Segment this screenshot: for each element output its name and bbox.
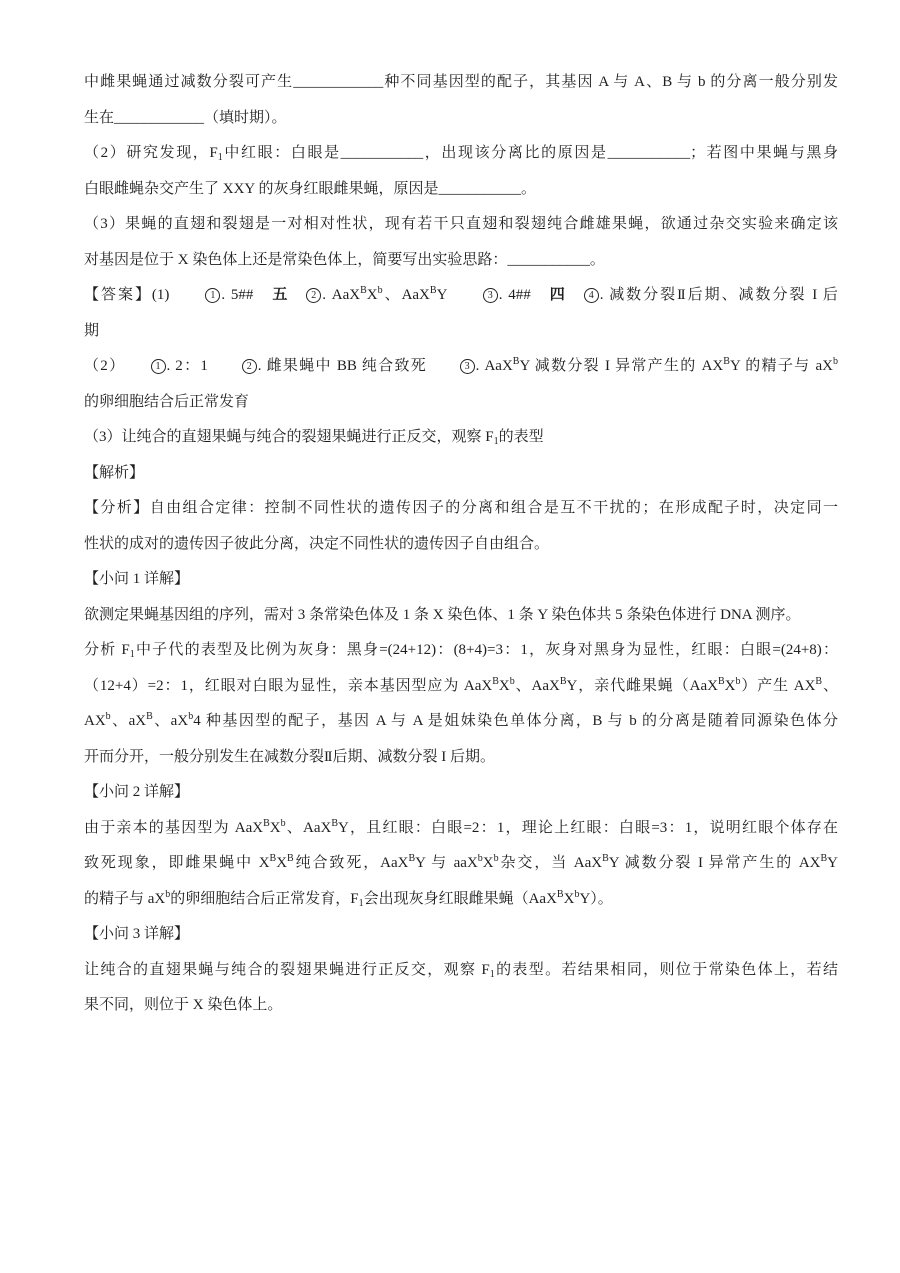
subscript-text: 1	[130, 649, 135, 660]
circled-number: 4	[584, 288, 599, 303]
bold-text: 五	[272, 287, 289, 303]
superscript-text: b	[165, 889, 170, 900]
superscript-text: B	[430, 285, 437, 296]
text-line: 让纯合的直翅果蝇与纯合的裂翅果蝇进行正反交，观察 F1的表型。若结果相同，则位于…	[84, 953, 838, 989]
text-line: 期	[84, 314, 838, 350]
circled-number: 2	[306, 288, 321, 303]
text-line: 由于亲本的基因型为 AaXBXb、AaXBY，且红眼：白眼=2：1，理论上红眼：…	[84, 811, 838, 847]
subscript-text: 1	[490, 969, 495, 980]
text-line: 中雌果蝇通过减数分裂可产生____________种不同基因型的配子，其基因 A…	[84, 65, 838, 101]
text-line: 生在____________（填时期）。	[84, 101, 838, 137]
superscript-text: B	[820, 853, 827, 864]
superscript-text: B	[492, 676, 499, 687]
superscript-text: B	[146, 711, 153, 722]
superscript-text: B	[331, 818, 338, 829]
superscript-text: B	[360, 285, 367, 296]
text-line: 开而分开，一般分别发生在减数分裂II后期、减数分裂 I 后期。	[84, 740, 838, 776]
subscript-text: 1	[494, 436, 499, 447]
text-line: （2） 1. 2：1 2. 雌果蝇中 BB 纯合致死 3. AaXBY 减数分裂…	[84, 349, 838, 385]
superscript-text: b	[735, 676, 740, 687]
subscript-text: 1	[218, 152, 223, 163]
text-line: 白眼雌蝇杂交产生了 XXY 的灰身红眼雌果蝇，原因是___________。	[84, 172, 838, 208]
superscript-text: B	[602, 853, 609, 864]
text-line: （3）让纯合的直翅果蝇与纯合的裂翅果蝇进行正反交，观察 F1的表型	[84, 420, 838, 456]
roman-numeral-two: II	[324, 749, 331, 765]
text-line: 【小问 1 详解】	[84, 562, 838, 598]
superscript-text: b	[378, 285, 383, 296]
superscript-text: B	[557, 889, 564, 900]
text-line: （12+4）=2：1，红眼对白眼为显性，亲本基因型应为 AaXBXb、AaXBY…	[84, 669, 838, 705]
superscript-text: b	[574, 889, 579, 900]
superscript-text: b	[478, 853, 483, 864]
superscript-text: B	[513, 356, 520, 367]
text-line: 果不同，则位于 X 染色体上。	[84, 988, 838, 1024]
text-line: 欲测定果蝇基因组的序列，需对 3 条常染色体及 1 条 X 染色体、1 条 Y …	[84, 598, 838, 634]
text-line: 性状的成对的遗传因子彼此分离，决定不同性状的遗传因子自由组合。	[84, 527, 838, 563]
document-text: 中雌果蝇通过减数分裂可产生____________种不同基因型的配子，其基因 A…	[84, 65, 838, 1024]
circled-number: 2	[242, 359, 257, 374]
superscript-text: B	[560, 676, 567, 687]
text-line: 分析 F1中子代的表型及比例为灰身：黑身=(24+12)：(8+4)=3：1，灰…	[84, 633, 838, 669]
text-line: （2）研究发现，F1中红眼：白眼是___________，出现该分离比的原因是_…	[84, 136, 838, 172]
superscript-text: B	[815, 676, 822, 687]
circled-number: 3	[460, 359, 475, 374]
superscript-text: B	[263, 818, 270, 829]
superscript-text: b	[494, 853, 499, 864]
circled-number: 1	[205, 288, 220, 303]
superscript-text: B	[718, 676, 725, 687]
roman-numeral-two: II	[677, 287, 684, 303]
subscript-text: 1	[359, 898, 364, 909]
text-line: AXb、aXB、aXb4 种基因型的配子，基因 A 与 A 是姐妹染色单体分离，…	[84, 704, 838, 740]
text-line: 【解析】	[84, 456, 838, 492]
superscript-text: b	[510, 676, 515, 687]
bold-text: 四	[550, 287, 567, 303]
text-line: 【答案】(1) 1. 5## 五 2. AaXBXb、AaXBY 3. 4## …	[84, 278, 838, 314]
superscript-text: B	[723, 356, 730, 367]
circled-number: 3	[483, 288, 498, 303]
superscript-text: b	[106, 711, 111, 722]
text-line: 【小问 3 详解】	[84, 917, 838, 953]
circled-number: 1	[151, 359, 166, 374]
superscript-text: b	[281, 818, 286, 829]
superscript-text: b	[833, 356, 838, 367]
superscript-text: B	[270, 853, 277, 864]
text-line: 致死现象，即雌果蝇中 XBXB纯合致死，AaXBY 与 aaXbXb杂交，当 A…	[84, 846, 838, 882]
superscript-text: B	[408, 853, 415, 864]
text-line: （3）果蝇的直翅和裂翅是一对相对性状，现有若干只直翅和裂翅纯合雌雄果蝇，欲通过杂…	[84, 207, 838, 243]
text-line: 【分析】自由组合定律：控制不同性状的遗传因子的分离和组合是互不干扰的；在形成配子…	[84, 491, 838, 527]
text-line: 【小问 2 详解】	[84, 775, 838, 811]
text-line: 的卵细胞结合后正常发育	[84, 385, 838, 421]
superscript-text: B	[287, 853, 294, 864]
text-line: 的精子与 aXb的卵细胞结合后正常发育，F1会出现灰身红眼雌果蝇（AaXBXbY…	[84, 882, 838, 918]
text-line: 对基因是位于 X 染色体上还是常染色体上，简要写出实验思路：__________…	[84, 243, 838, 279]
superscript-text: b	[188, 711, 193, 722]
